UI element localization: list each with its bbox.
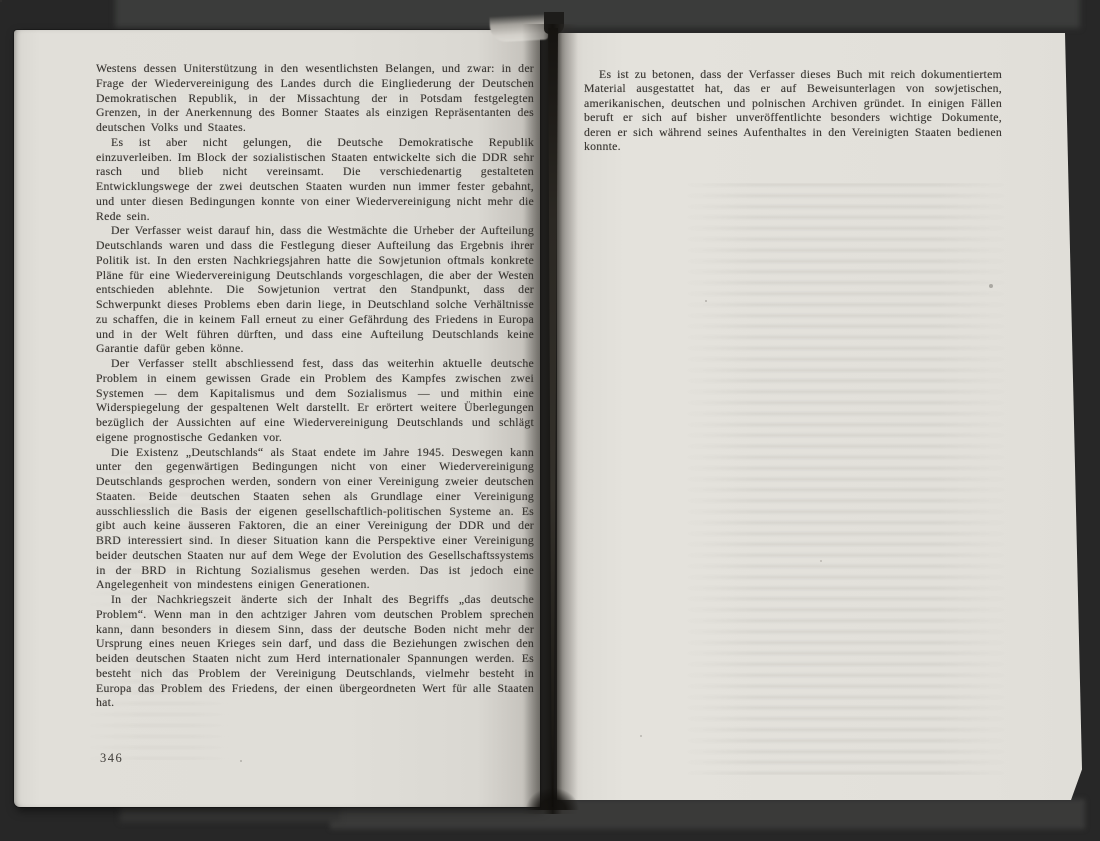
paragraph: Es ist zu betonen, dass der Verfasser di… xyxy=(584,67,1002,153)
spine-notch xyxy=(544,12,564,34)
paragraph: Die Existenz „Deutschlands“ als Staat en… xyxy=(96,445,534,593)
book-scan-spread: Westens dessen Uniterstützung in den wes… xyxy=(0,0,1100,841)
spine-page-stack-edges xyxy=(489,14,548,43)
left-page-text: Westens dessen Uniterstützung in den wes… xyxy=(96,61,534,710)
right-page: Es ist zu betonen, dass der Verfasser di… xyxy=(557,33,1083,800)
book-gutter-crevice xyxy=(546,28,558,807)
page-number: 346 xyxy=(100,751,123,766)
book-block-top-edge xyxy=(115,0,1080,28)
paragraph: Westens dessen Uniterstützung in den wes… xyxy=(96,61,534,135)
left-page: Westens dessen Uniterstützung in den wes… xyxy=(14,30,540,807)
paragraph: Der Verfasser weist darauf hin, dass die… xyxy=(96,223,534,356)
paragraph: Der Verfasser stellt abschliessend fest,… xyxy=(96,356,534,445)
paragraph: Es ist aber nicht gelungen, die Deutsche… xyxy=(96,135,534,224)
right-page-text: Es ist zu betonen, dass der Verfasser di… xyxy=(584,67,1002,153)
paragraph: In der Nachkriegszeit änderte sich der I… xyxy=(96,592,534,710)
paper-specks xyxy=(0,0,2,2)
bleed-through-ghost-text xyxy=(685,183,1007,775)
